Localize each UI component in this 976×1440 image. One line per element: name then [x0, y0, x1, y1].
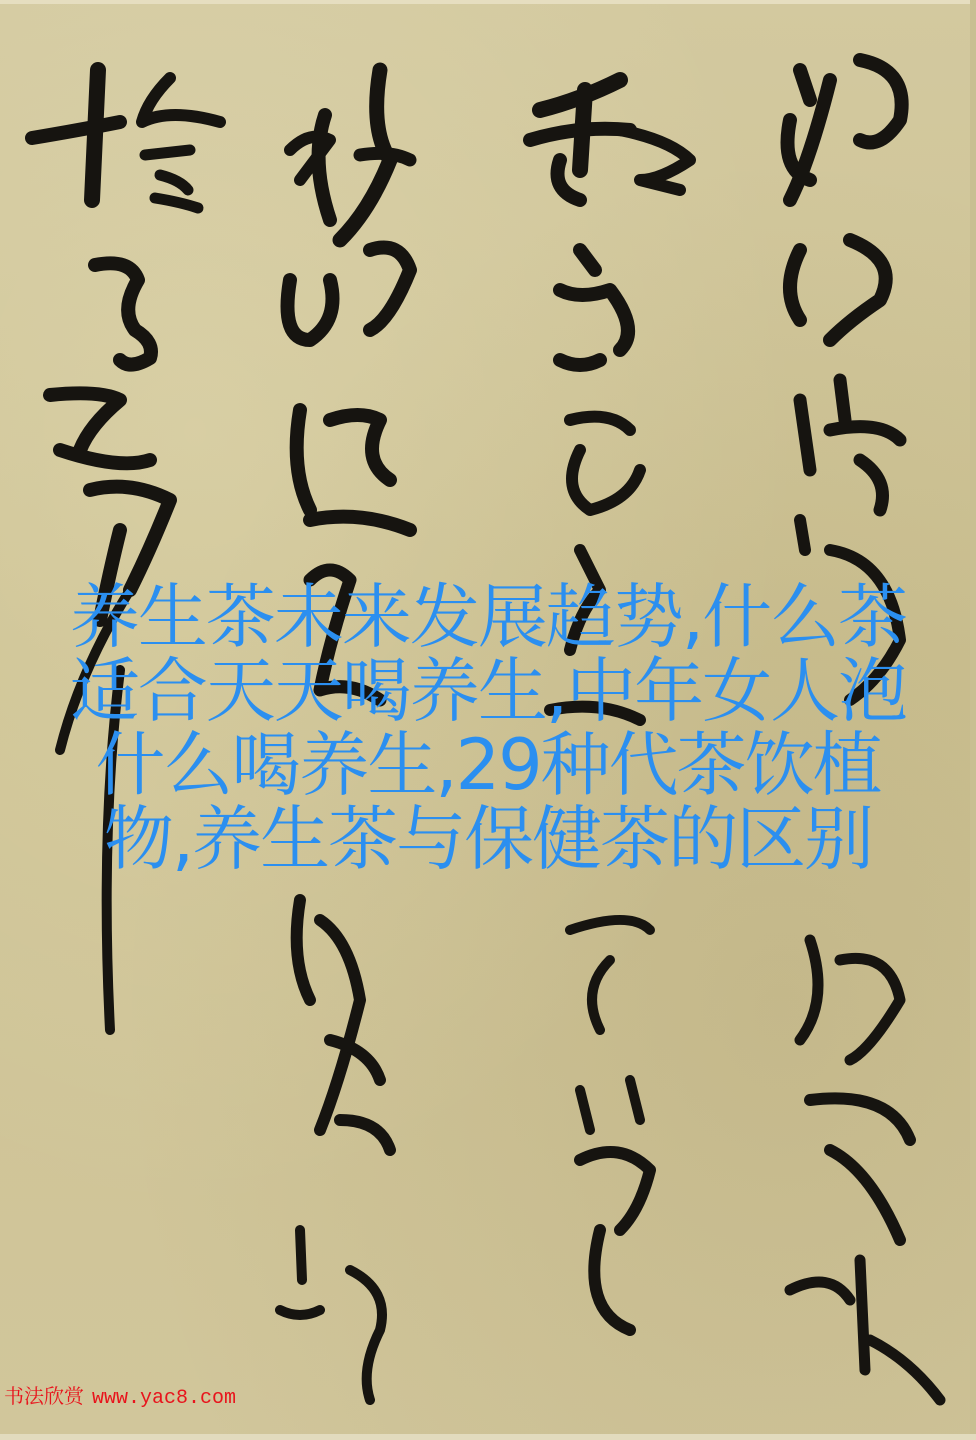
paper-top-edge — [0, 0, 976, 4]
paper-bottom-edge — [0, 1434, 976, 1440]
title-line-1: 养生茶未来发展趋势,什么茶 — [0, 580, 976, 654]
watermark-url: www.yac8.com — [92, 1387, 236, 1410]
title-line-4: 物,养生茶与保健茶的区别 — [0, 802, 976, 876]
title-line-3: 什么喝养生,29种代茶饮植 — [0, 728, 976, 802]
watermark-site-name: 书法欣赏 — [4, 1384, 84, 1408]
calligraphy-image: 养生茶未来发展趋势,什么茶 适合天天喝养生,中年女人泡 什么喝养生,29种代茶饮… — [0, 0, 976, 1440]
title-line-2: 适合天天喝养生,中年女人泡 — [0, 654, 976, 728]
watermark: 书法欣赏www.yac8.com — [4, 1384, 236, 1411]
title-overlay: 养生茶未来发展趋势,什么茶 适合天天喝养生,中年女人泡 什么喝养生,29种代茶饮… — [0, 580, 976, 876]
